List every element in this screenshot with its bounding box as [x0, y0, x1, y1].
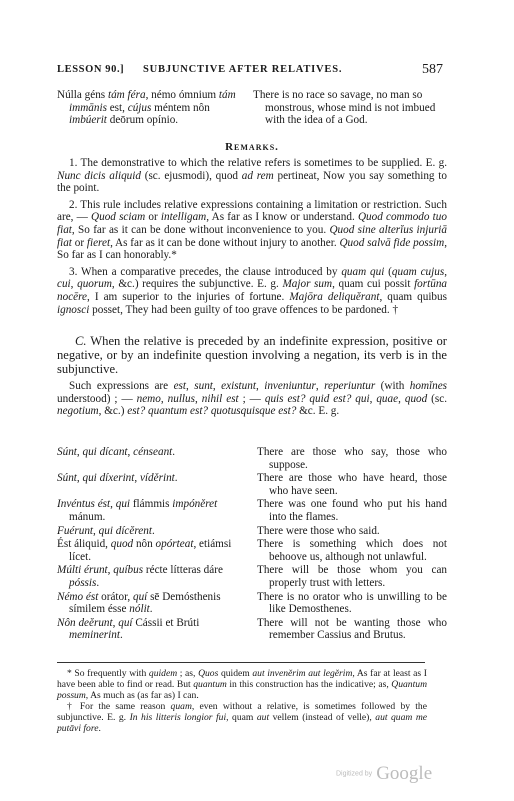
example-latin: Fuérunt, qui dícĕrent. — [57, 525, 249, 538]
remark-1: 1. The demonstrative to which the relati… — [57, 157, 447, 195]
remarks-heading: Remarks. — [57, 141, 447, 154]
such-expressions: Such expressions are est, sunt, existunt… — [57, 380, 447, 418]
examples-list: Súnt, qui dícant, cénseant. There are th… — [57, 446, 447, 643]
example-latin: Múlti érunt, quíbus récte lítteras dáre … — [57, 564, 249, 589]
example-english: There are those who say, those who suppo… — [257, 446, 447, 471]
footnote-asterisk: * So frequently with quidem ; as, Quos q… — [57, 668, 427, 701]
remark-2: 2. This rule includes relative expressio… — [57, 199, 447, 262]
example-english: There was one found who put his hand int… — [257, 498, 447, 523]
example-english: There is something which does not behoov… — [257, 538, 447, 563]
intro-latin: Núlla géns tám féra, némo ómnium tám imm… — [57, 89, 245, 127]
example-latin: Súnt, qui díxerint, víděrint. — [57, 472, 249, 497]
example-english: There are those who have heard, those wh… — [257, 472, 447, 497]
example-english: There will not be wanting those who reme… — [257, 617, 447, 642]
intro-example: Núlla géns tám féra, némo ómnium tám imm… — [57, 89, 447, 127]
remark-3: 3. When a comparative precedes, the clau… — [57, 266, 447, 316]
example-latin: Súnt, qui dícant, cénseant. — [57, 446, 249, 471]
example-row: Fuérunt, qui dícĕrent. There were those … — [57, 525, 447, 538]
chapter-title: SUBJUNCTIVE AFTER RELATIVES. — [143, 64, 342, 75]
digitized-watermark: Digitized by Google — [336, 763, 432, 785]
example-row: Múlti érunt, quíbus récte lítteras dáre … — [57, 564, 447, 589]
watermark-prefix: Digitized by — [336, 771, 372, 778]
example-row: Súnt, qui dícant, cénseant. There are th… — [57, 446, 447, 471]
example-english: There will be those whom you can properl… — [257, 564, 447, 589]
remarks-list: 1. The demonstrative to which the relati… — [57, 157, 447, 316]
example-latin: Ést áliquid, quod nôn opórteat, etiámsi … — [57, 538, 249, 563]
running-header: LESSON 90.] SUBJUNCTIVE AFTER RELATIVES.… — [57, 64, 457, 80]
example-english: There is no orator who is unwilling to b… — [257, 591, 447, 616]
lesson-label: LESSON 90.] — [57, 64, 124, 75]
footnotes: * So frequently with quidem ; as, Quos q… — [57, 668, 427, 734]
google-logo: Google — [376, 763, 432, 784]
example-english: There were those who said. — [257, 525, 447, 538]
footnote-dagger: † For the same reason quam, even without… — [57, 701, 427, 734]
footnote-divider — [57, 662, 425, 663]
example-latin: Némo ést orátor, quí sē Demósthenis sími… — [57, 591, 249, 616]
example-latin: Nôn deĕrunt, quí Cássii et Brúti meminer… — [57, 617, 249, 642]
example-row: Némo ést orátor, quí sē Demósthenis sími… — [57, 591, 447, 616]
example-latin: Invéntus ést, qui flámmis impóněret mánu… — [57, 498, 249, 523]
intro-english: There is no race so savage, no man so mo… — [253, 89, 447, 127]
example-row: Nôn deĕrunt, quí Cássii et Brúti meminer… — [57, 617, 447, 642]
example-row: Invéntus ést, qui flámmis impóněret mánu… — [57, 498, 447, 523]
rule-c: C. When the relative is preceded by an i… — [57, 334, 447, 376]
example-row: Súnt, qui díxerint, víděrint. There are … — [57, 472, 447, 497]
example-row: Ést áliquid, quod nôn opórteat, etiámsi … — [57, 538, 447, 563]
page-number: 587 — [422, 62, 443, 78]
